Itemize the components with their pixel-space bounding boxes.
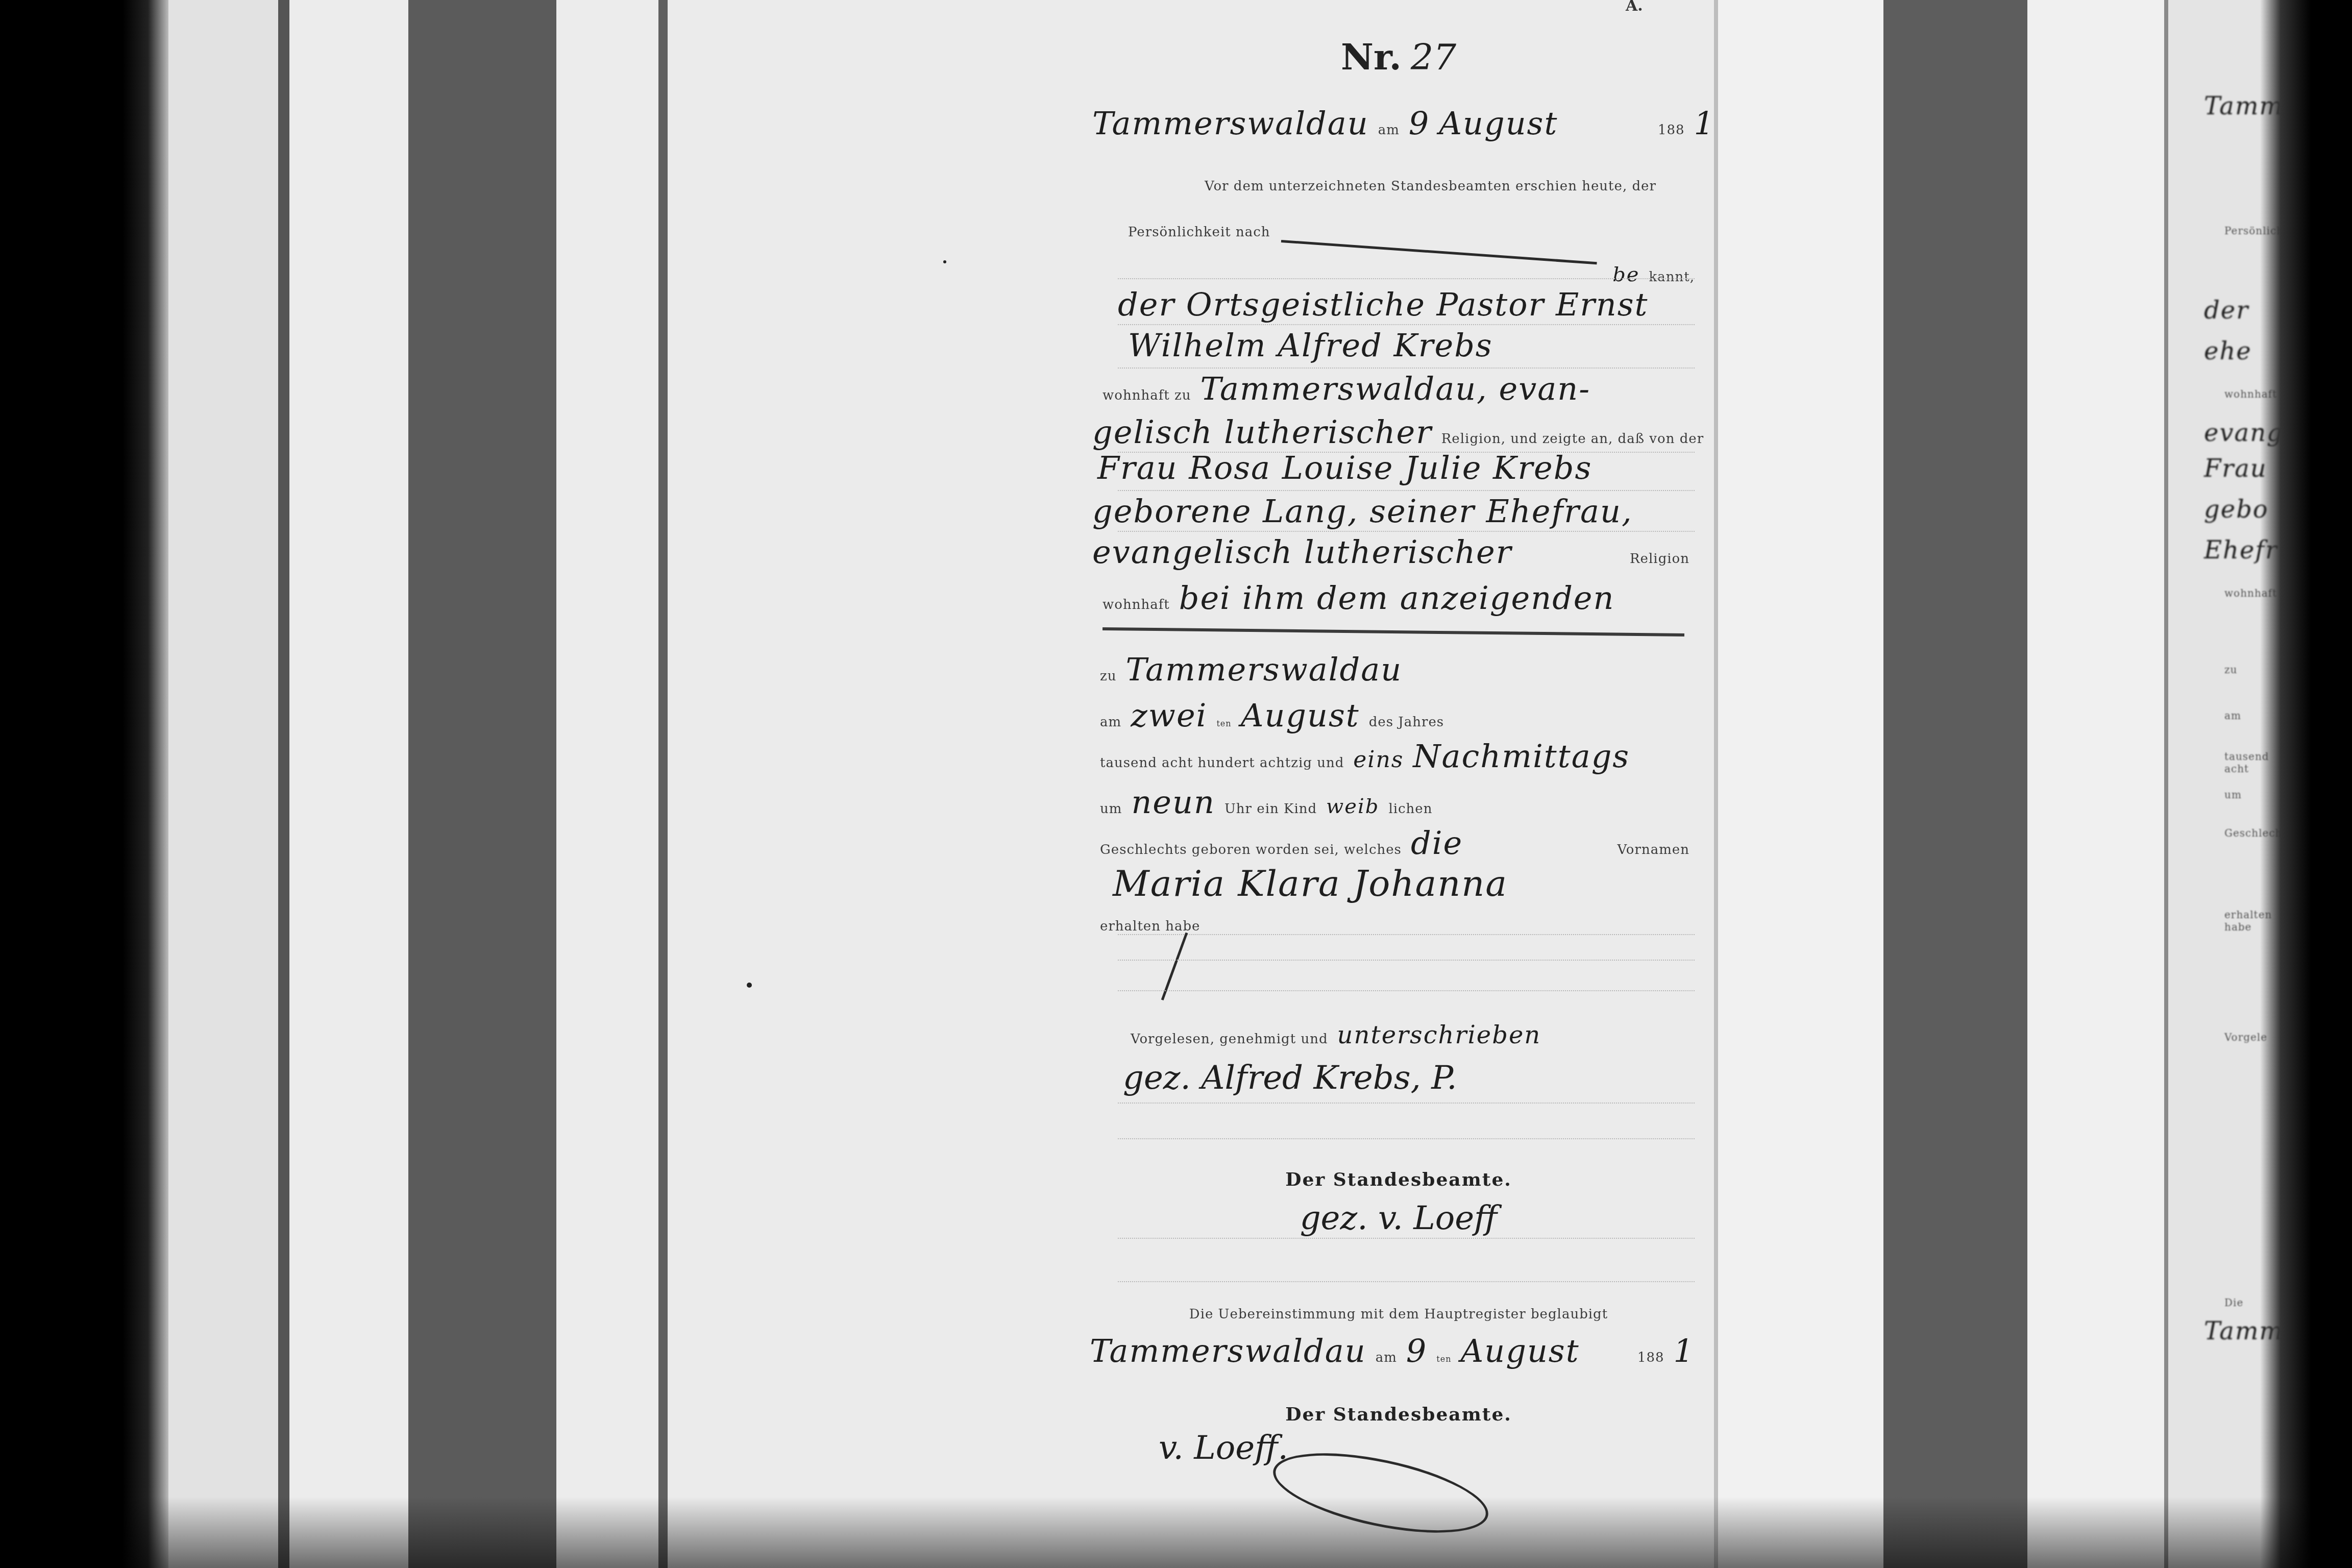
mother-line-1: Frau Rosa Louise Julie Krebs xyxy=(1097,449,1715,486)
identity-suffix: kannt, xyxy=(1649,269,1695,285)
mother-religion-line: evangelisch lutherischer Religion xyxy=(1092,533,1715,571)
birth-place-label: zu xyxy=(1100,669,1116,684)
approval-value: unterschrieben xyxy=(1337,1021,1541,1049)
article-value: die xyxy=(1411,824,1463,862)
form-rule xyxy=(1118,278,1695,279)
binding-line-left xyxy=(278,0,289,1568)
residence-value: Tammerswaldau, evan- xyxy=(1200,370,1590,407)
gender-text: Geschlechts geboren worden sei, welches xyxy=(1100,842,1402,857)
next-page-fragment: gebo xyxy=(2204,495,2269,524)
left-margin-strip-2 xyxy=(289,0,409,1568)
certification-official-heading: Der Standesbeamte. xyxy=(1082,1404,1715,1425)
religion-line: gelisch lutherischer Religion, und zeigt… xyxy=(1092,413,1715,451)
header-place: Tammerswaldau xyxy=(1092,105,1369,142)
declarant-line-2: Wilhelm Alfred Krebs xyxy=(1128,327,1715,364)
next-page-fragment: der xyxy=(2204,296,2249,325)
official-signature: gez. v. Loeff xyxy=(1300,1199,1498,1237)
mother-line-2: geborene Lang, seiner Ehefrau, xyxy=(1092,493,1715,530)
official-signature-line: gez. v. Loeff xyxy=(1082,1199,1715,1237)
certification-signature-line: v. Loeff. xyxy=(1159,1429,1715,1467)
residence-line: wohnhaft zu Tammerswaldau, evan- xyxy=(1102,370,1715,407)
religion-text: Religion, und zeigte an, daß von der xyxy=(1441,431,1704,447)
forenames-line: Maria Klara Johanna xyxy=(1113,863,1715,904)
forenames-value: Maria Klara Johanna xyxy=(1113,863,1508,904)
form-rule xyxy=(1118,1238,1695,1239)
certification-place: Tammerswaldau xyxy=(1090,1332,1366,1369)
certification-date-line: Tammerswaldau am 9 ten August 188 1 xyxy=(1090,1332,1715,1369)
header-year-printed: 188 xyxy=(1658,122,1685,138)
gutter-band-left xyxy=(408,0,556,1568)
identity-line: Persönlichkeit nach xyxy=(1128,225,1715,240)
hour-label: um xyxy=(1100,801,1122,817)
declarant-occupation-name: der Ortsgeistliche Pastor Ernst xyxy=(1118,286,1648,323)
birth-register-entry: A. Nr. 27 Tammerswaldau am 9 August 188 … xyxy=(1082,0,1715,1568)
next-page-fragment: um xyxy=(2224,789,2242,801)
gender-line: Geschlechts geboren worden sei, welches … xyxy=(1100,824,1715,862)
certification-year-printed: 188 xyxy=(1637,1350,1664,1365)
header-date-line: Tammerswaldau am 9 August 188 1 xyxy=(1092,105,1715,142)
birth-day-value: zwei xyxy=(1131,697,1207,734)
left-vignette xyxy=(0,0,168,1568)
record-title: Nr. 27 xyxy=(1082,36,1715,78)
identity-suffix-line: be kannt, xyxy=(1082,263,1695,286)
declarant-line-1: der Ortsgeistliche Pastor Ernst xyxy=(1118,286,1715,323)
certification-am: am xyxy=(1376,1350,1397,1365)
certification-official-heading-text: Der Standesbeamte. xyxy=(1285,1404,1512,1425)
mother-residence-label: wohnhaft xyxy=(1102,597,1170,612)
declarant-signature: gez. Alfred Krebs, P. xyxy=(1123,1059,1457,1097)
right-vignette xyxy=(2260,0,2352,1568)
certification-text: Die Uebereinstimmung mit dem Hauptregist… xyxy=(1189,1307,1608,1322)
certification-month: August xyxy=(1461,1332,1580,1369)
official-heading: Der Standesbeamte. xyxy=(1082,1169,1715,1190)
birth-hour-line: um neun Uhr ein Kind weib lichen xyxy=(1100,783,1715,821)
birth-date-line: am zwei ten August des Jahres xyxy=(1100,697,1715,734)
approval-line: Vorgelesen, genehmigt und unterschrieben xyxy=(1131,1021,1715,1049)
left-margin-strip xyxy=(168,0,286,1568)
declarant-signature-line: gez. Alfred Krebs, P. xyxy=(1123,1059,1715,1097)
identity-label: Persönlichkeit nach xyxy=(1128,225,1270,240)
header-month: August xyxy=(1439,105,1558,142)
birth-year-label: des Jahres xyxy=(1369,715,1444,730)
mother-maiden-name: geborene Lang, seiner Ehefrau, xyxy=(1092,493,1633,530)
forenames-label: Vornamen xyxy=(1617,842,1689,857)
form-rule xyxy=(1118,990,1695,991)
next-page-fragment: ehe xyxy=(2204,337,2252,365)
birth-month-value: August xyxy=(1241,697,1360,734)
birth-date-label: am xyxy=(1100,715,1121,730)
religion-value: gelisch lutherischer xyxy=(1092,413,1432,451)
right-margin-strip xyxy=(1718,0,1884,1568)
left-page-edge-strip xyxy=(556,0,658,1568)
sex-suffix: lichen xyxy=(1388,801,1432,817)
identity-handwritten: be xyxy=(1612,263,1639,286)
header-year-handwritten: 1 xyxy=(1694,105,1715,142)
mother-residence-line: wohnhaft bei ihm dem anzeigenden xyxy=(1102,579,1715,617)
dust-speck xyxy=(943,260,946,263)
right-margin-strip-2 xyxy=(2027,0,2165,1568)
intro-line: Vor dem unterzeichneten Standesbeamten e… xyxy=(1205,179,1715,194)
birth-place-value: Tammerswaldau xyxy=(1125,651,1402,688)
mother-religion-value: evangelisch lutherischer xyxy=(1092,533,1512,571)
time-of-day-value: Nachmittags xyxy=(1413,738,1630,775)
next-page-fragment: Die xyxy=(2224,1296,2243,1309)
form-rule xyxy=(1118,531,1695,532)
form-rule xyxy=(1118,1138,1695,1139)
separator-rule xyxy=(1102,627,1684,636)
approval-label: Vorgelesen, genehmigt und xyxy=(1131,1032,1328,1047)
birth-year-line: tausend acht hundert achtzig und eins Na… xyxy=(1100,738,1715,775)
microfilm-scan: Tammers Persönlichke der ehe wohnhaft ev… xyxy=(0,0,2352,1568)
received-line: erhalten habe xyxy=(1100,919,1715,934)
intro-text: Vor dem unterzeichneten Standesbeamten e… xyxy=(1205,179,1656,194)
birth-day-suffix: ten xyxy=(1216,719,1231,728)
gutter-band-right xyxy=(1883,0,2027,1568)
page-edge-line-left xyxy=(658,0,668,1568)
form-rule xyxy=(1118,367,1695,369)
certification-day: 9 xyxy=(1406,1332,1427,1369)
hour-value: neun xyxy=(1131,783,1215,821)
next-page-fragment: am xyxy=(2224,709,2241,722)
official-heading-text: Der Standesbeamte. xyxy=(1285,1169,1512,1190)
next-page-fragment: zu xyxy=(2224,664,2237,676)
form-rule xyxy=(1118,490,1695,491)
certification-signature: v. Loeff. xyxy=(1159,1429,1288,1467)
header-am: am xyxy=(1378,122,1400,138)
certification-line: Die Uebereinstimmung mit dem Hauptregist… xyxy=(1082,1307,1715,1322)
form-rule xyxy=(1118,324,1695,325)
mother-religion-label: Religion xyxy=(1630,551,1689,567)
residence-label: wohnhaft zu xyxy=(1102,388,1191,403)
certification-year-handwritten: 1 xyxy=(1674,1332,1695,1369)
mother-name: Frau Rosa Louise Julie Krebs xyxy=(1097,449,1592,486)
identity-dash-stroke xyxy=(1281,240,1597,264)
header-day: 9 xyxy=(1409,105,1430,142)
form-rule xyxy=(1118,1281,1695,1282)
form-rule xyxy=(1118,934,1695,935)
dust-speck xyxy=(747,983,752,988)
declarant-name: Wilhelm Alfred Krebs xyxy=(1128,327,1493,364)
record-number-prefix: Nr. xyxy=(1341,36,1402,78)
form-rule xyxy=(1118,1102,1695,1104)
mother-residence-value: bei ihm dem anzeigenden xyxy=(1179,579,1615,617)
certification-day-suffix: ten xyxy=(1436,1354,1451,1364)
corner-mark: A. xyxy=(1626,0,1643,15)
sex-value: weib xyxy=(1326,795,1379,818)
next-page-fragment: Frau xyxy=(2204,454,2267,483)
child-text: Uhr ein Kind xyxy=(1224,801,1317,817)
record-number: 27 xyxy=(1411,36,1456,78)
page-edge-line-next xyxy=(2164,0,2168,1568)
year-words: tausend acht hundert achtzig und xyxy=(1100,755,1344,771)
year-words-value: eins xyxy=(1353,747,1404,773)
form-rule xyxy=(1118,960,1695,961)
birth-place-line: zu Tammerswaldau xyxy=(1100,651,1715,688)
